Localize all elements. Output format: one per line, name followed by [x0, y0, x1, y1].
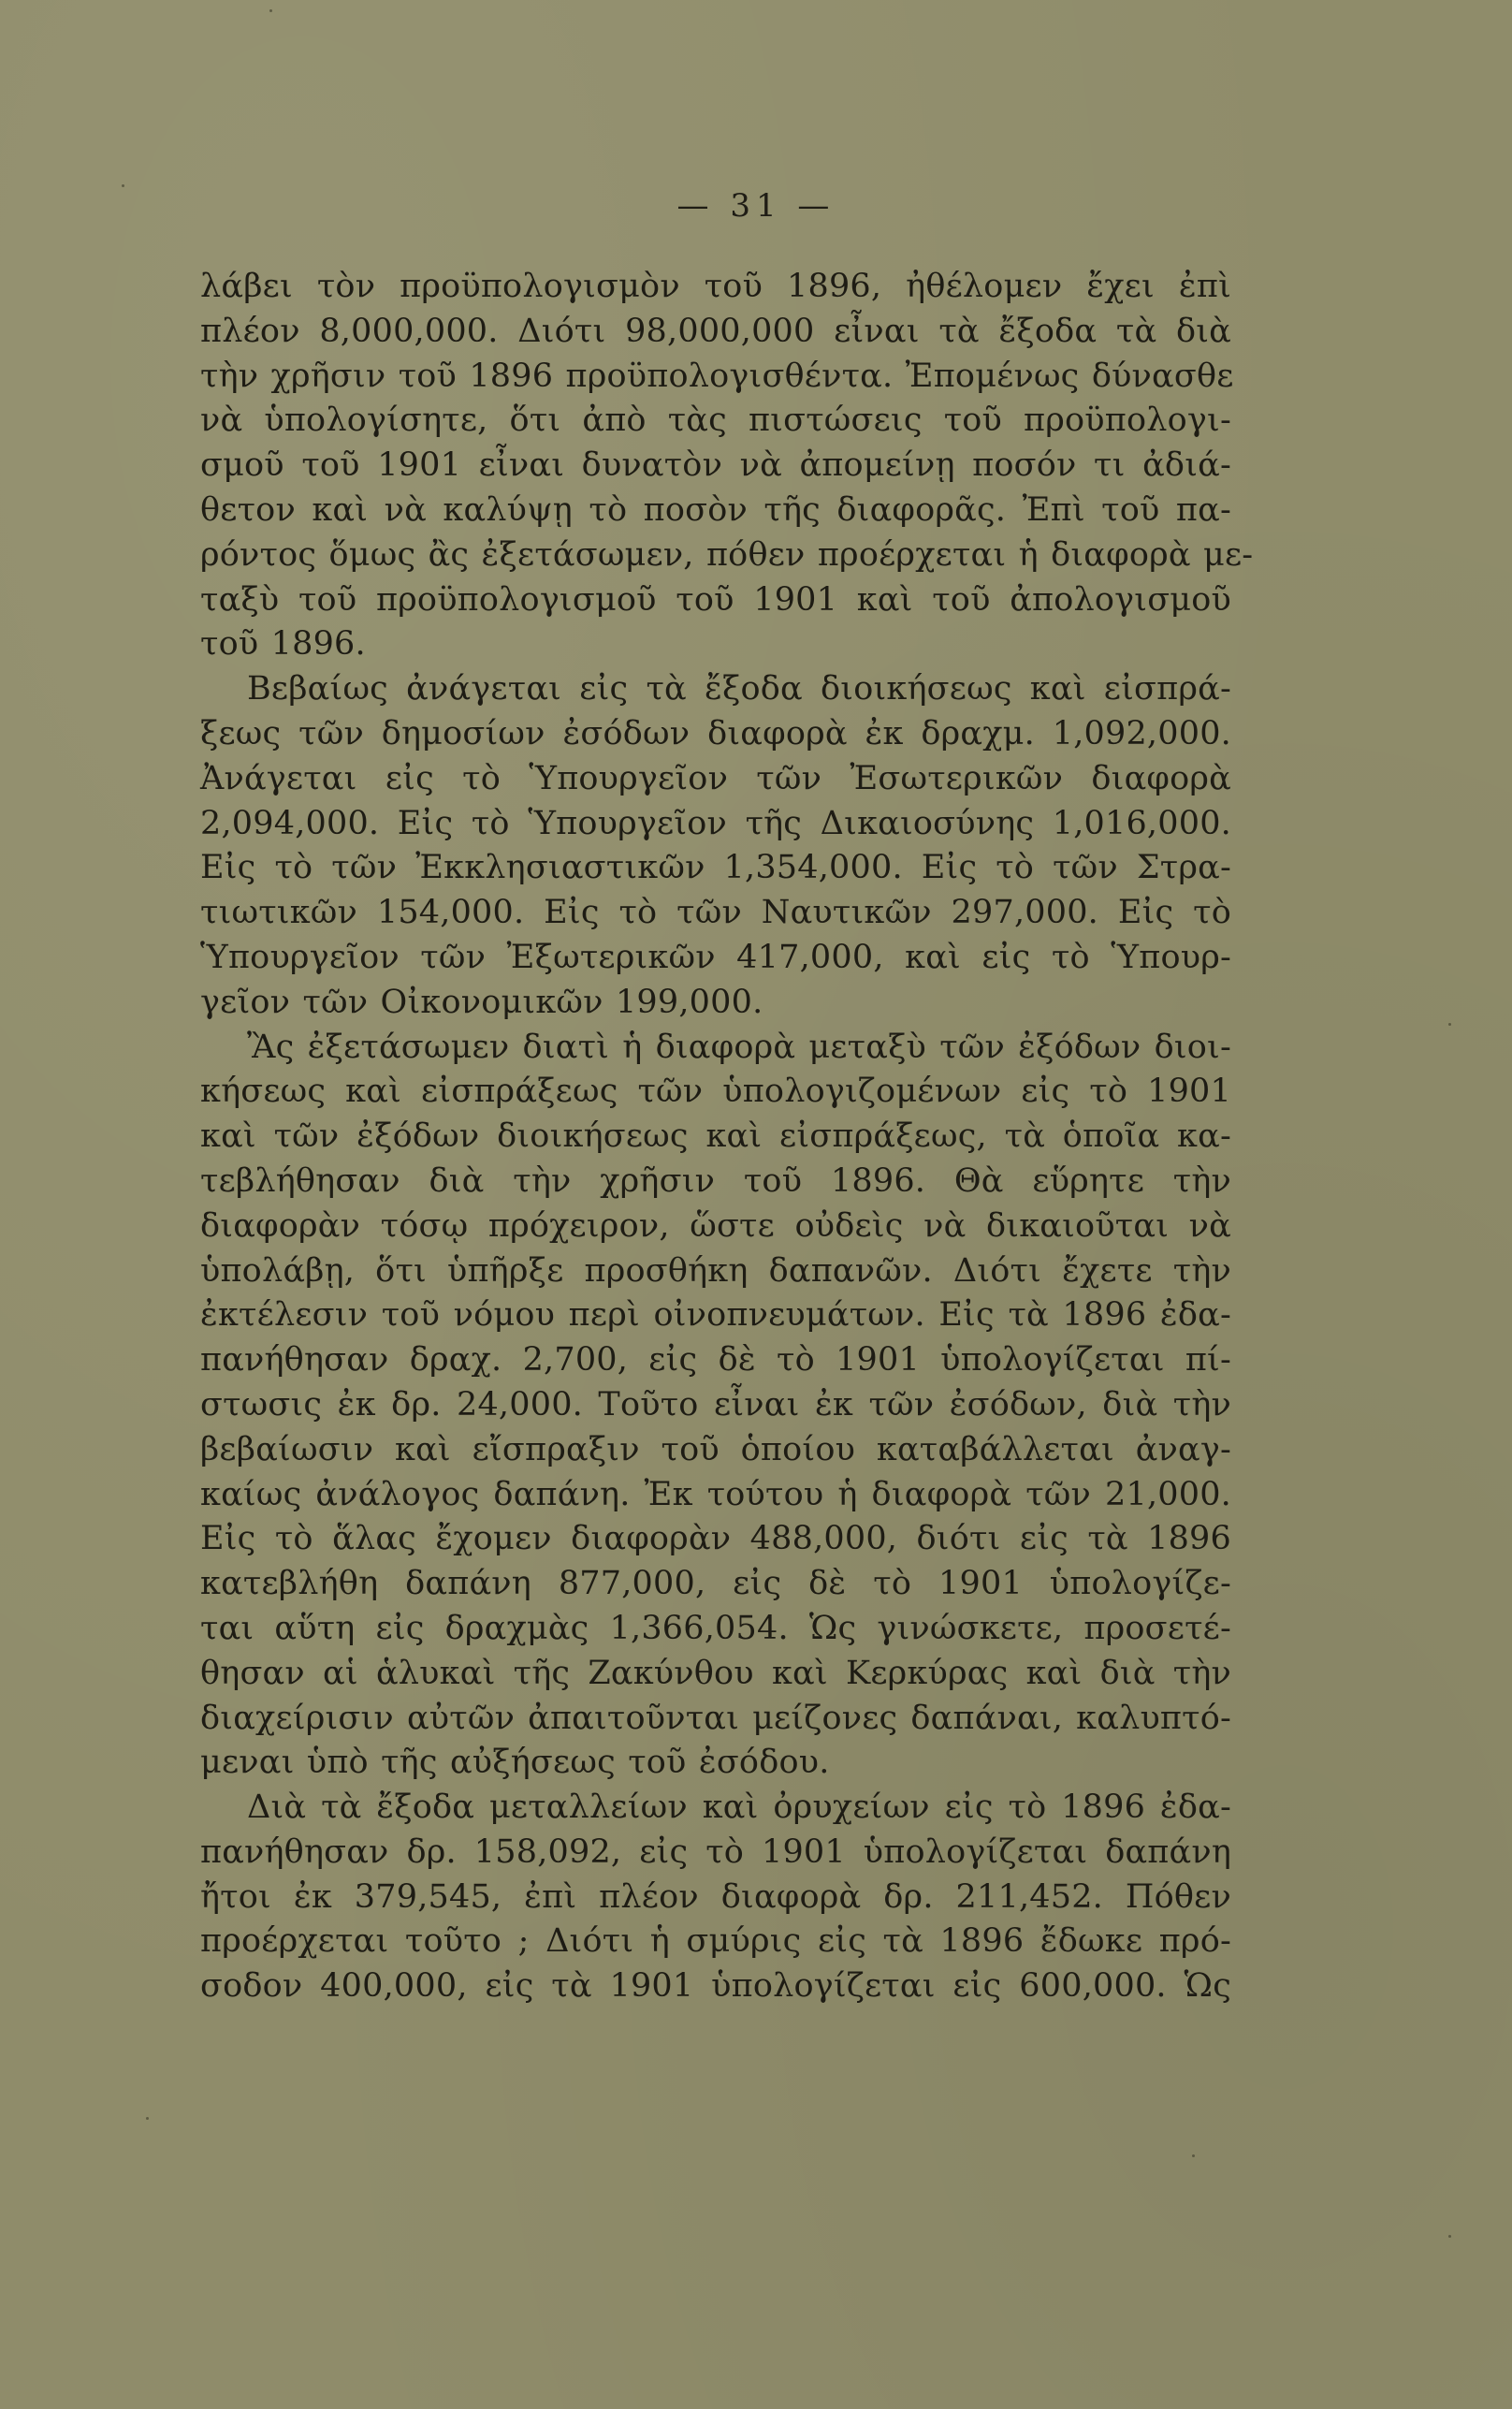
paragraph-start-line: Βεβαίως ἀνάγεται εἰς τὰ ἔξοδα διοικήσεως… — [200, 667, 1231, 712]
text-line: ρόντος ὅμως ἂς ἐξετάσωμεν, πόθεν προέρχε… — [200, 533, 1231, 578]
paper-speck — [1448, 2235, 1451, 2238]
text-line: ται αὕτη εἰς δραχμὰς 1,366,054. Ὡς γινώσ… — [200, 1607, 1231, 1652]
text-line: λάβει τὸν προϋπολογισμὸν τοῦ 1896, ἠθέλο… — [200, 265, 1231, 310]
text-line: ὑπολάβῃ, ὅτι ὑπῆρξε προσθήκη δαπανῶν. Δι… — [200, 1249, 1231, 1294]
text-line: Εἰς τὸ τῶν Ἐκκλησιαστικῶν 1,354,000. Εἰς… — [200, 846, 1231, 891]
text-line: θετον καὶ νὰ καλύψῃ τὸ ποσὸν τῆς διαφορᾶ… — [200, 489, 1231, 533]
paper-speck — [1448, 1023, 1451, 1026]
text-line: τιωτικῶν 154,000. Εἰς τὸ τῶν Ναυτικῶν 29… — [200, 891, 1231, 936]
text-line: τὴν χρῆσιν τοῦ 1896 προϋπολογισθέντα. Ἐπ… — [200, 355, 1231, 400]
paper-speck — [122, 184, 124, 187]
text-line: διαχείρισιν αὐτῶν ἀπαιτοῦνται μείζονες δ… — [200, 1697, 1231, 1742]
text-line: νὰ ὑπολογίσητε, ὅτι ἀπὸ τὰς πιστώσεις το… — [200, 399, 1231, 444]
text-line: πλέον 8,000,000. Διότι 98,000,000 εἶναι … — [200, 310, 1231, 355]
paragraph-start-line: Διὰ τὰ ἔξοδα μεταλλείων καὶ ὀρυχείων εἰς… — [200, 1786, 1231, 1831]
text-line: καίως ἀνάλογος δαπάνη. Ἐκ τούτου ἡ διαφο… — [200, 1473, 1231, 1518]
text-line: προέρχεται τοῦτο ; Διότι ἡ σμύρις εἰς τὰ… — [200, 1920, 1231, 1964]
text-line: θησαν αἱ ἁλυκαὶ τῆς Ζακύνθου καὶ Κερκύρα… — [200, 1652, 1231, 1697]
paragraph-start-line: Ἂς ἐξετάσωμεν διατὶ ἡ διαφορὰ μεταξὺ τῶν… — [200, 1026, 1231, 1071]
text-line: Ἀνάγεται εἰς τὸ Ὑπουργεῖον τῶν Ἐσωτερικῶ… — [200, 757, 1231, 802]
paper-speck — [146, 2117, 149, 2120]
text-line: διαφορὰν τόσῳ πρόχειρον, ὥστε οὐδεὶς νὰ … — [200, 1204, 1231, 1249]
scanned-page: — 31 — λάβει τὸν προϋπολογισμὸν τοῦ 1896… — [0, 0, 1512, 2409]
text-line: κατεβλήθη δαπάνη 877,000, εἰς δὲ τὸ 1901… — [200, 1562, 1231, 1607]
text-line: σμοῦ τοῦ 1901 εἶναι δυνατὸν νὰ ἀπομείνῃ … — [200, 444, 1231, 489]
text-line: καὶ τῶν ἐξόδων διοικήσεως καὶ εἰσπράξεως… — [200, 1115, 1231, 1160]
text-line: ἐκτέλεσιν τοῦ νόμου περὶ οἰνοπνευμάτων. … — [200, 1293, 1231, 1338]
paragraph-end-line: γεῖον τῶν Οἰκονομικῶν 199,000. — [200, 981, 1231, 1026]
text-line: πανήθησαν δραχ. 2,700, εἰς δὲ τὸ 1901 ὑπ… — [200, 1338, 1231, 1383]
text-line: πανήθησαν δρ. 158,092, εἰς τὸ 1901 ὑπολο… — [200, 1831, 1231, 1876]
paragraph-end-line: μεναι ὑπὸ τῆς αὐξήσεως τοῦ ἐσόδου. — [200, 1741, 1231, 1786]
paper-speck — [269, 9, 272, 12]
text-line: Εἰς τὸ ἅλας ἔχομεν διαφορὰν 488,000, διό… — [200, 1517, 1231, 1562]
text-line: ξεως τῶν δημοσίων ἐσόδων διαφορὰ ἐκ δραχ… — [200, 712, 1231, 757]
text-line: Ὑπουργεῖον τῶν Ἐξωτερικῶν 417,000, καὶ ε… — [200, 936, 1231, 981]
text-line: ταξὺ τοῦ προϋπολογισμοῦ τοῦ 1901 καὶ τοῦ… — [200, 578, 1231, 623]
text-line: 2,094,000. Εἰς τὸ Ὑπουργεῖον τῆς Δικαιοσ… — [200, 802, 1231, 847]
text-line: τεβλήθησαν διὰ τὴν χρῆσιν τοῦ 1896. Θὰ ε… — [200, 1160, 1231, 1204]
paper-speck — [1192, 2154, 1195, 2157]
page-number: — 31 — — [0, 187, 1512, 225]
body-text: λάβει τὸν προϋπολογισμὸν τοῦ 1896, ἠθέλο… — [200, 265, 1231, 2009]
text-line: κήσεως καὶ εἰσπράξεως τῶν ὑπολογιζομένων… — [200, 1070, 1231, 1115]
text-line: βεβαίωσιν καὶ εἴσπραξιν τοῦ ὁποίου καταβ… — [200, 1428, 1231, 1473]
text-line: σοδον 400,000, εἰς τὰ 1901 ὑπολογίζεται … — [200, 1964, 1231, 2009]
text-line: στωσις ἐκ δρ. 24,000. Τοῦτο εἶναι ἐκ τῶν… — [200, 1383, 1231, 1428]
paragraph-end-line: τοῦ 1896. — [200, 622, 1231, 667]
text-line: ἤτοι ἐκ 379,545, ἐπὶ πλέον διαφορὰ δρ. 2… — [200, 1876, 1231, 1920]
